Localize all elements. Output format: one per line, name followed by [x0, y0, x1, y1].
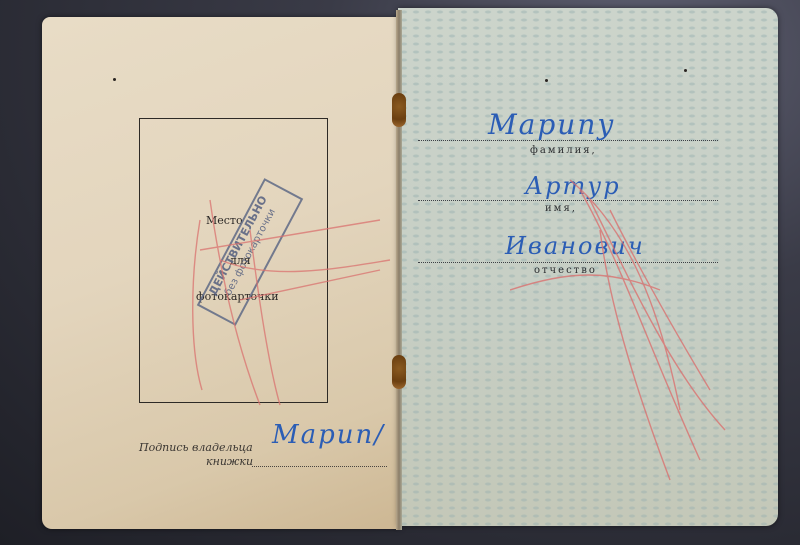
surname-label: фамилия, — [530, 145, 597, 156]
surname-line — [418, 140, 718, 141]
rusty-staple-top — [392, 93, 406, 127]
signature-label-line1: Подпись владельца — [139, 441, 253, 454]
signature-label-line2: книжки — [206, 455, 253, 468]
ink-spot — [113, 78, 116, 81]
surname-value: Марипу — [488, 108, 616, 141]
owner-signature: Марип/ — [272, 420, 385, 450]
ink-spot — [684, 69, 687, 72]
signature-dotted-line — [252, 466, 387, 467]
red-pencil-scribble-right — [510, 170, 730, 500]
red-pencil-scribble-left — [180, 190, 400, 420]
ink-spot — [545, 79, 548, 82]
